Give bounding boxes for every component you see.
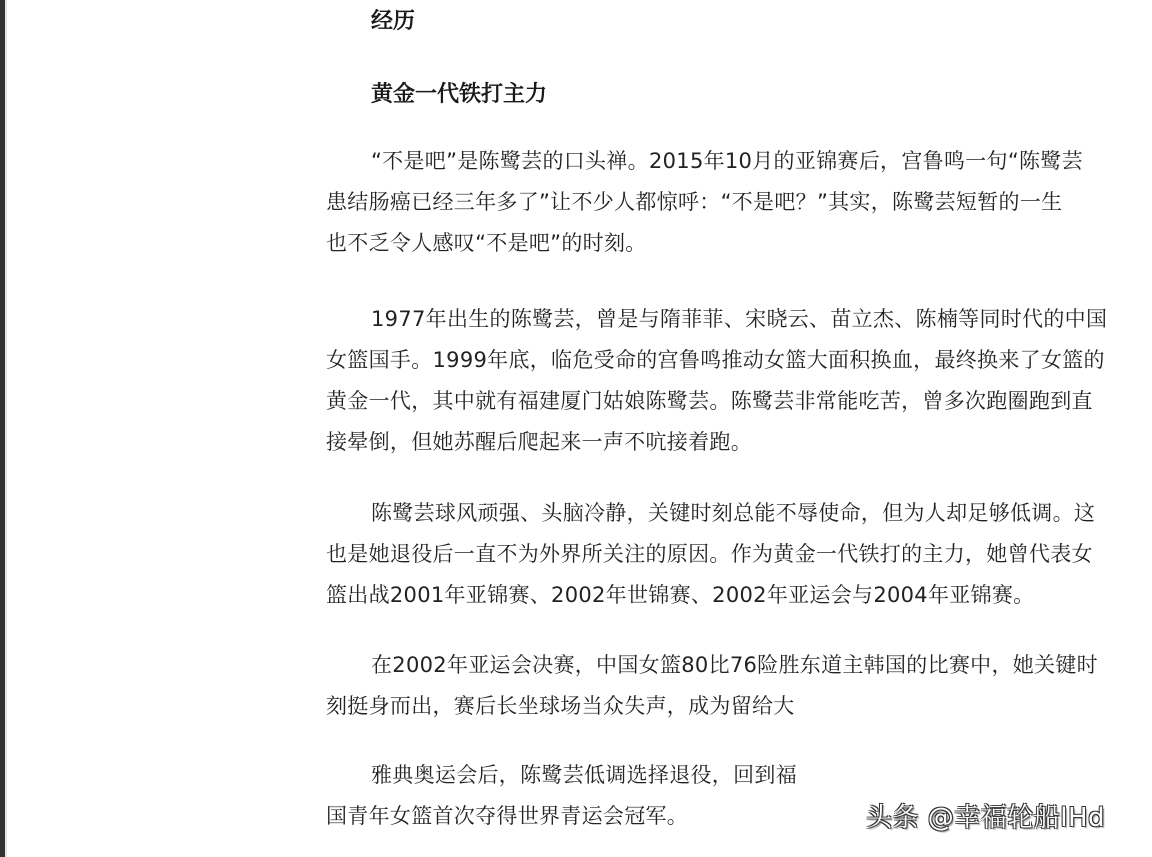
paragraph-line: 陈鹭芸球风顽强、头脑冷静，关键时刻总能不辱使命，但为人却足够低调。这 <box>326 493 1152 534</box>
paragraph-line: 1977年出生的陈鹭芸，曾是与隋菲菲、宋晓云、苗立杰、陈楠等同时代的中国 <box>326 299 1152 340</box>
paragraph-line: “不是吧”是陈鹭芸的口头禅。2015年10月的亚锦赛后，宫鲁鸣一句“陈鹭芸 <box>326 141 1152 182</box>
paragraph-playing-style: 陈鹭芸球风顽强、头脑冷静，关键时刻总能不辱使命，但为人却足够低调。这 也是她退役… <box>326 493 1152 616</box>
paragraph-line: 篮出战2001年亚锦赛、2002年世锦赛、2002年亚运会与2004年亚锦赛。 <box>326 575 1152 616</box>
paragraph-line: 女篮国手。1999年底，临危受命的宫鲁鸣推动女篮大面积换血，最终换来了女篮的 <box>326 340 1152 381</box>
section-heading-experience: 经历 <box>371 9 415 35</box>
paragraph-catchphrase: “不是吧”是陈鹭芸的口头禅。2015年10月的亚锦赛后，宫鲁鸣一句“陈鹭芸 患结… <box>326 141 1152 264</box>
window-left-border-highlight <box>5 0 7 857</box>
image-crop-occlusion <box>808 686 1152 728</box>
section-heading-golden-generation: 黄金一代铁打主力 <box>371 82 547 108</box>
paragraph-early-career: 1977年出生的陈鹭芸，曾是与隋菲菲、宋晓云、苗立杰、陈楠等同时代的中国 女篮国… <box>326 299 1152 463</box>
paragraph-line: 接晕倒，但她苏醒后爬起来一声不吭接着跑。 <box>326 422 1152 463</box>
paragraph-line: 也不乏令人感叹“不是吧”的时刻。 <box>326 223 1152 264</box>
paragraph-line: 也是她退役后一直不为外界所关注的原因。作为黄金一代铁打的主力，她曾代表女 <box>326 534 1152 575</box>
paragraph-line: 在2002年亚运会决赛，中国女篮80比76险胜东道主韩国的比赛中，她关键时 <box>326 645 1152 686</box>
image-crop-occlusion <box>808 756 1152 798</box>
paragraph-line: 患结肠癌已经三年多了”让不少人都惊呼：“不是吧？”其实，陈鹭芸短暂的一生 <box>326 182 1152 223</box>
paragraph-line: 黄金一代，其中就有福建厦门姑娘陈鹭芸。陈鹭芸非常能吃苦，曾多次跑圈跑到直 <box>326 381 1152 422</box>
source-watermark: 头条 @幸福轮船lHd <box>866 800 1105 836</box>
